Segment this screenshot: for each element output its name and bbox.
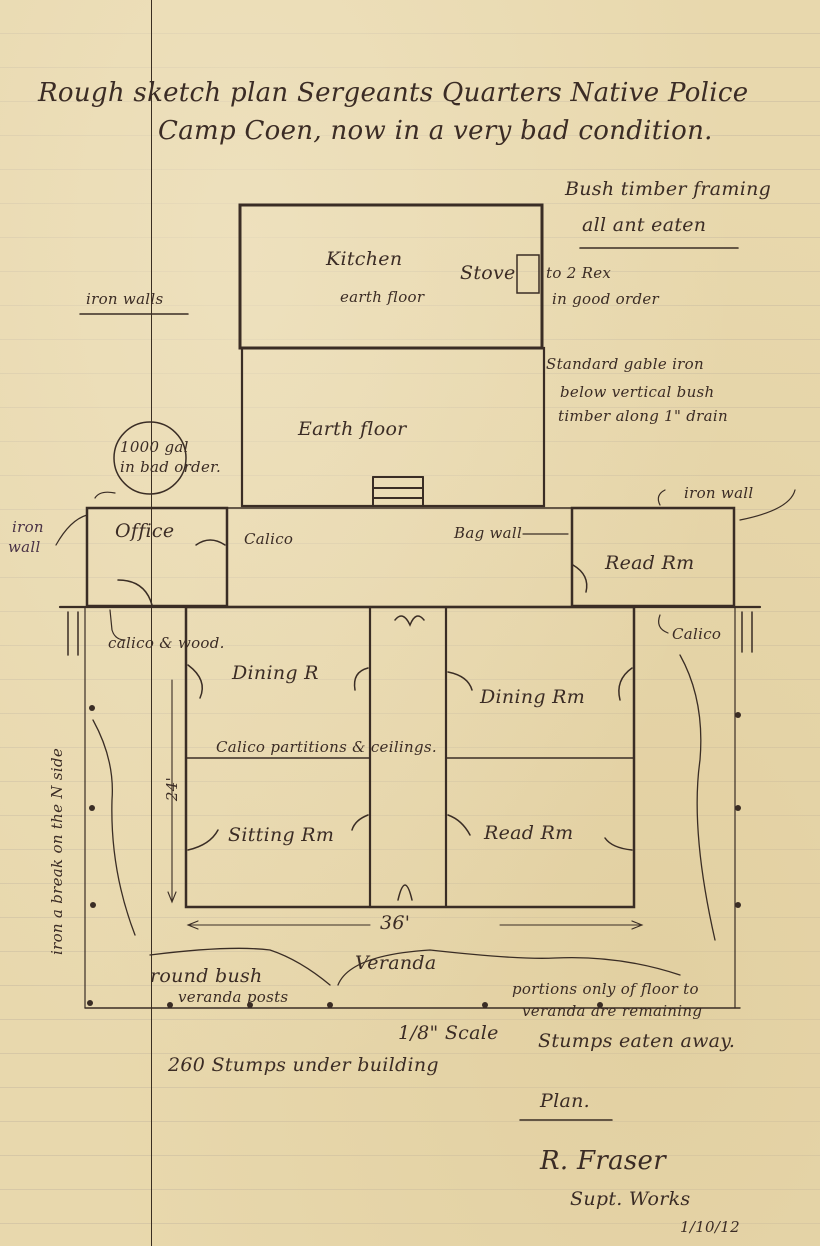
stumps-eaten-note: Stumps eaten away. (538, 1030, 735, 1052)
stove-note-2: in good order (552, 290, 659, 308)
portions-note-2: veranda are remaining (522, 1002, 702, 1020)
dimension-width: 36' (380, 912, 410, 934)
main-block-outline (186, 607, 634, 907)
round-bush-note-2: veranda posts (178, 988, 288, 1006)
room-label-read-room-top: Read Rm (605, 552, 695, 574)
document-title-line-1: Rough sketch plan Sergeants Quarters Nat… (38, 78, 748, 108)
iron-wall-left-1: iron (12, 518, 44, 536)
portions-note-1: portions only of floor to (512, 980, 699, 998)
iron-wall-right-note: iron wall (684, 484, 754, 502)
dimension-height: 24' (163, 777, 181, 801)
steps-symbol (373, 477, 423, 506)
stove-symbol (517, 255, 539, 293)
room-label-kitchen: Kitchen (326, 248, 402, 270)
room-label-dining-left: Dining R (232, 662, 319, 684)
scale-note: 1/8" Scale (398, 1022, 499, 1044)
room-label-office: Office (115, 520, 174, 542)
stove-note-1: to 2 Rex (546, 264, 611, 282)
room-label-read-room-bottom: Read Rm (484, 822, 574, 844)
plan-label: Plan. (540, 1090, 590, 1112)
tank-label-2: in bad order. (120, 458, 221, 476)
ant-eaten-note: all ant eaten (582, 214, 706, 236)
round-bush-note-1: round bush (150, 965, 263, 987)
signature: R. Fraser (540, 1146, 666, 1176)
calico-right-note: Calico (672, 625, 721, 643)
stumps-under-note: 260 Stumps under building (168, 1054, 439, 1076)
veranda-label: Veranda (355, 952, 436, 974)
room-label-earth-floor: Earth floor (298, 418, 407, 440)
document-title-line-2: Camp Coen, now in a very bad condition. (158, 116, 713, 146)
gable-note-1: Standard gable iron (546, 355, 704, 373)
tank-label-1: 1000 gal (120, 438, 189, 456)
room-label-sitting: Sitting Rm (228, 824, 334, 846)
signature-title: Supt. Works (570, 1188, 690, 1210)
gable-note-3: timber along 1" drain (558, 407, 728, 425)
room-label-dining-right: Dining Rm (480, 686, 585, 708)
iron-wall-left-2: wall (8, 538, 41, 556)
calico-woodwork-note: calico & wood. (108, 634, 225, 652)
document-date: 1/10/12 (680, 1218, 740, 1236)
side-note-vertical: iron a break on the N side (48, 748, 66, 955)
iron-walls-note: iron walls (86, 290, 164, 308)
calico-office-note: Calico (244, 530, 293, 548)
bush-timber-note: Bush timber framing (565, 178, 771, 200)
kitchen-floor-label: earth floor (340, 288, 424, 306)
bag-wall-note: Bag wall (454, 524, 522, 542)
gable-note-2: below vertical bush (560, 383, 715, 401)
stove-label: Stove (460, 262, 516, 284)
calico-partition-note: Calico partitions & ceilings. (216, 738, 437, 756)
